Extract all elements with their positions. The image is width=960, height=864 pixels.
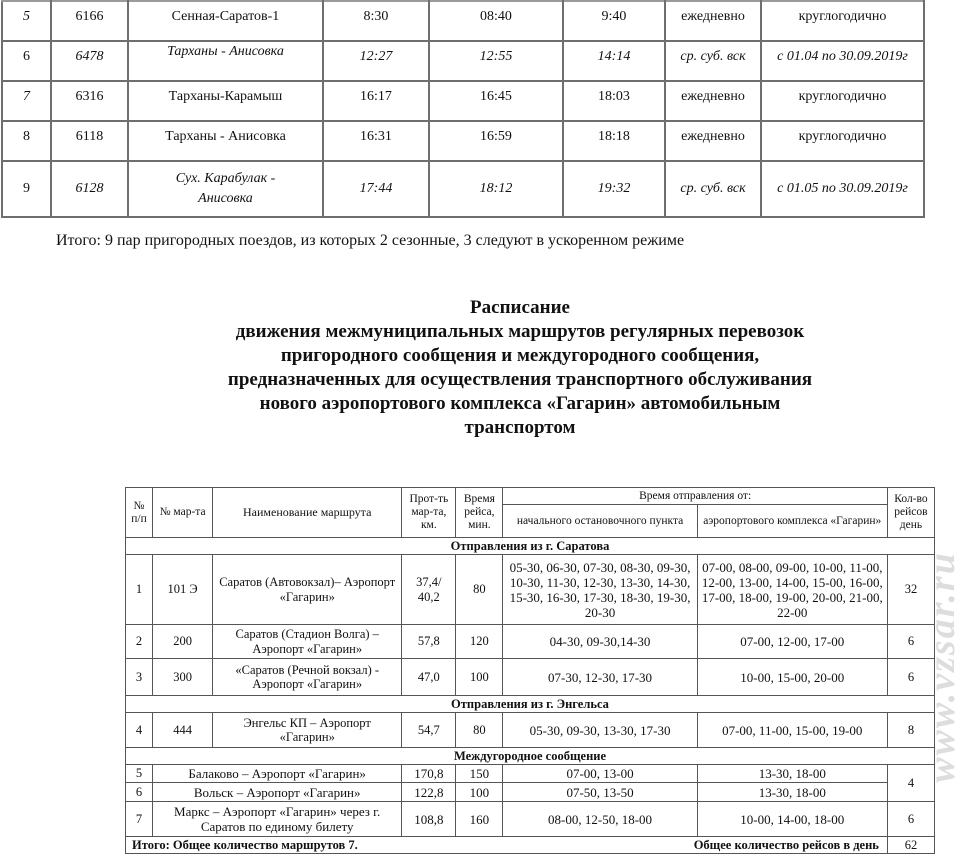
row-number-cell: 7 [2, 81, 51, 121]
row-number-cell: 5 [2, 1, 51, 41]
route-name-cell: Саратов (Автовокзал)– Аэропорт «Гагарин» [213, 555, 402, 625]
route-name-cell: Энгельс КП – Аэропорт «Гагарин» [213, 713, 402, 748]
days-cell: ежедневно [665, 1, 761, 41]
departure-airport-cell: 07-00, 08-00, 09-00, 10-00, 11-00, 12-00… [697, 555, 887, 625]
train-row: 76316Тарханы-Карамыш16:1716:4518:03ежедн… [2, 81, 924, 121]
header-trips: Кол-во рейсов день [887, 488, 934, 538]
row-number-cell: 9 [2, 161, 51, 217]
train-number-cell: 6316 [51, 81, 128, 121]
route-name-cell: Вольск – Аэропорт «Гагарин» [153, 783, 402, 802]
trips-cell: 32 [887, 555, 934, 625]
departure-airport-cell: 13-30, 18-00 [697, 765, 887, 783]
train-row: 56166Сенная-Саратов-18:3008:409:40ежедне… [2, 1, 924, 41]
total-row: Итого: Общее количество маршрутов 7. Общ… [126, 837, 935, 854]
section-intercity: Междугородное сообщение [126, 748, 935, 765]
departure-time-cell: 16:17 [323, 81, 429, 121]
row-number-cell: 8 [2, 121, 51, 161]
trips-cell: 6 [887, 625, 934, 659]
intermediate-time-cell: 12:55 [429, 41, 563, 81]
route-name-cell: Балаково – Аэропорт «Гагарин» [153, 765, 402, 783]
length-cell: 122,8 [402, 783, 456, 802]
total-trips-label: Общее количество рейсов в день [456, 837, 888, 854]
heading-line-2: движения межмуниципальных маршрутов регу… [120, 320, 920, 344]
header-route-name: Наименование маршрута [213, 488, 402, 538]
route-name-cell: Саратов (Стадион Волга) – Аэропорт «Гага… [213, 625, 402, 659]
duration-cell: 150 [456, 765, 503, 783]
length-cell: 170,8 [402, 765, 456, 783]
duration-cell: 160 [456, 802, 503, 837]
departure-airport-cell: 13-30, 18-00 [697, 783, 887, 802]
suburban-trains-table: 56166Сенная-Саратов-18:3008:409:40ежедне… [1, 0, 925, 218]
departure-airport-cell: 10-00, 15-00, 20-00 [697, 659, 887, 696]
train-row: 96128Сух. Карабулак - Анисовка17:4418:12… [2, 161, 924, 217]
route-number-cell: 200 [153, 625, 213, 659]
route-name-cell: Маркс – Аэропорт «Гагарин» через г. Сара… [153, 802, 402, 837]
days-cell: ежедневно [665, 81, 761, 121]
period-cell: круглогодично [761, 81, 924, 121]
trains-summary: Итого: 9 пар пригородных поездов, из кот… [56, 232, 684, 250]
section-engels: Отправления из г. Энгельса [126, 696, 935, 713]
departure-start-cell: 05-30, 06-30, 07-30, 08-30, 09-30, 10-30… [503, 555, 697, 625]
train-number-cell: 6128 [51, 161, 128, 217]
pp-cell: 7 [126, 802, 153, 837]
train-row: 86118Тарханы - Анисовка16:3116:5918:18еж… [2, 121, 924, 161]
route-number-cell: 300 [153, 659, 213, 696]
route-cell: Тарханы-Карамыш [128, 81, 323, 121]
departure-start-cell: 07-30, 12-30, 17-30 [503, 659, 697, 696]
heading-line-3: пригородного сообщения и междугородного … [120, 344, 920, 368]
header-duration: Время рейса, мин. [456, 488, 503, 538]
row-number-cell: 6 [2, 41, 51, 81]
departure-start-cell: 07-50, 13-50 [503, 783, 697, 802]
period-cell: круглогодично [761, 1, 924, 41]
trips-cell: 6 [887, 659, 934, 696]
pp-cell: 5 [126, 765, 153, 783]
period-cell: с 01.05 по 30.09.2019г [761, 161, 924, 217]
length-cell: 57,8 [402, 625, 456, 659]
length-cell: 47,0 [402, 659, 456, 696]
period-cell: с 01.04 по 30.09.2019г [761, 41, 924, 81]
heading-line-1: Расписание [120, 296, 920, 320]
departure-start-cell: 05-30, 09-30, 13-30, 17-30 [503, 713, 697, 748]
route-cell: Тарханы - Анисовка [128, 41, 323, 81]
departure-start-cell: 08-00, 12-50, 18-00 [503, 802, 697, 837]
header-departure: Время отправления от: [503, 488, 887, 505]
duration-cell: 120 [456, 625, 503, 659]
intermediate-time-cell: 16:59 [429, 121, 563, 161]
total-trips-value: 62 [887, 837, 934, 854]
total-routes: Итого: Общее количество маршрутов 7. [126, 837, 456, 854]
route-name-cell: «Саратов (Речной вокзал) - Аэропорт «Гаг… [213, 659, 402, 696]
arrival-time-cell: 9:40 [563, 1, 665, 41]
heading-line-5: нового аэропортового комплекса «Гагарин»… [120, 392, 920, 416]
days-cell: ср. суб. вск [665, 41, 761, 81]
departure-time-cell: 17:44 [323, 161, 429, 217]
days-cell: ср. суб. вск [665, 161, 761, 217]
pp-cell: 2 [126, 625, 153, 659]
route-row: 5 Балаково – Аэропорт «Гагарин» 170,8 15… [126, 765, 935, 783]
departure-time-cell: 12:27 [323, 41, 429, 81]
days-cell: ежедневно [665, 121, 761, 161]
length-cell: 54,7 [402, 713, 456, 748]
pp-cell: 4 [126, 713, 153, 748]
intermediate-time-cell: 16:45 [429, 81, 563, 121]
route-cell: Сух. Карабулак - Анисовка [128, 161, 323, 217]
trips-cell: 6 [887, 802, 934, 837]
train-number-cell: 6478 [51, 41, 128, 81]
duration-cell: 80 [456, 713, 503, 748]
header-route-number: № мар-та [153, 488, 213, 538]
arrival-time-cell: 18:03 [563, 81, 665, 121]
departure-start-cell: 04-30, 09-30,14-30 [503, 625, 697, 659]
header-departure-start: начального остановочного пункта [503, 505, 697, 538]
heading-line-6: транспортом [120, 416, 920, 440]
header-departure-airport: аэропортового комплекса «Гагарин» [697, 505, 887, 538]
pp-cell: 6 [126, 783, 153, 802]
arrival-time-cell: 19:32 [563, 161, 665, 217]
heading-line-4: предназначенных для осуществления трансп… [120, 368, 920, 392]
route-row: 4 444 Энгельс КП – Аэропорт «Гагарин» 54… [126, 713, 935, 748]
departure-airport-cell: 07-00, 11-00, 15-00, 19-00 [697, 713, 887, 748]
route-number-cell: 444 [153, 713, 213, 748]
duration-cell: 100 [456, 783, 503, 802]
route-row: 3 300 «Саратов (Речной вокзал) - Аэропор… [126, 659, 935, 696]
trips-cell: 8 [887, 713, 934, 748]
route-row: 2 200 Саратов (Стадион Волга) – Аэропорт… [126, 625, 935, 659]
pp-cell: 3 [126, 659, 153, 696]
pp-cell: 1 [126, 555, 153, 625]
arrival-time-cell: 14:14 [563, 41, 665, 81]
duration-cell: 100 [456, 659, 503, 696]
departure-airport-cell: 07-00, 12-00, 17-00 [697, 625, 887, 659]
departure-start-cell: 07-00, 13-00 [503, 765, 697, 783]
departure-time-cell: 16:31 [323, 121, 429, 161]
route-number-cell: 101 Э [153, 555, 213, 625]
schedule-heading: Расписание движения межмуниципальных мар… [120, 296, 920, 440]
train-row: 66478Тарханы - Анисовка12:2712:5514:14ср… [2, 41, 924, 81]
airport-bus-routes-table: № п/п № мар-та Наименование маршрута Про… [125, 487, 935, 854]
route-cell: Тарханы - Анисовка [128, 121, 323, 161]
length-cell: 37,4/ 40,2 [402, 555, 456, 625]
route-cell: Сенная-Саратов-1 [128, 1, 323, 41]
period-cell: круглогодично [761, 121, 924, 161]
trips-cell: 4 [887, 765, 934, 802]
section-saratov: Отправления из г. Саратова [126, 538, 935, 555]
arrival-time-cell: 18:18 [563, 121, 665, 161]
departure-airport-cell: 10-00, 14-00, 18-00 [697, 802, 887, 837]
intermediate-time-cell: 18:12 [429, 161, 563, 217]
header-length: Прот-ть мар-та, км. [402, 488, 456, 538]
route-row: 6 Вольск – Аэропорт «Гагарин» 122,8 100 … [126, 783, 935, 802]
train-number-cell: 6118 [51, 121, 128, 161]
duration-cell: 80 [456, 555, 503, 625]
route-row: 7 Маркс – Аэропорт «Гагарин» через г. Са… [126, 802, 935, 837]
route-row: 1 101 Э Саратов (Автовокзал)– Аэропорт «… [126, 555, 935, 625]
departure-time-cell: 8:30 [323, 1, 429, 41]
train-number-cell: 6166 [51, 1, 128, 41]
intermediate-time-cell: 08:40 [429, 1, 563, 41]
header-pp: № п/п [126, 488, 153, 538]
length-cell: 108,8 [402, 802, 456, 837]
